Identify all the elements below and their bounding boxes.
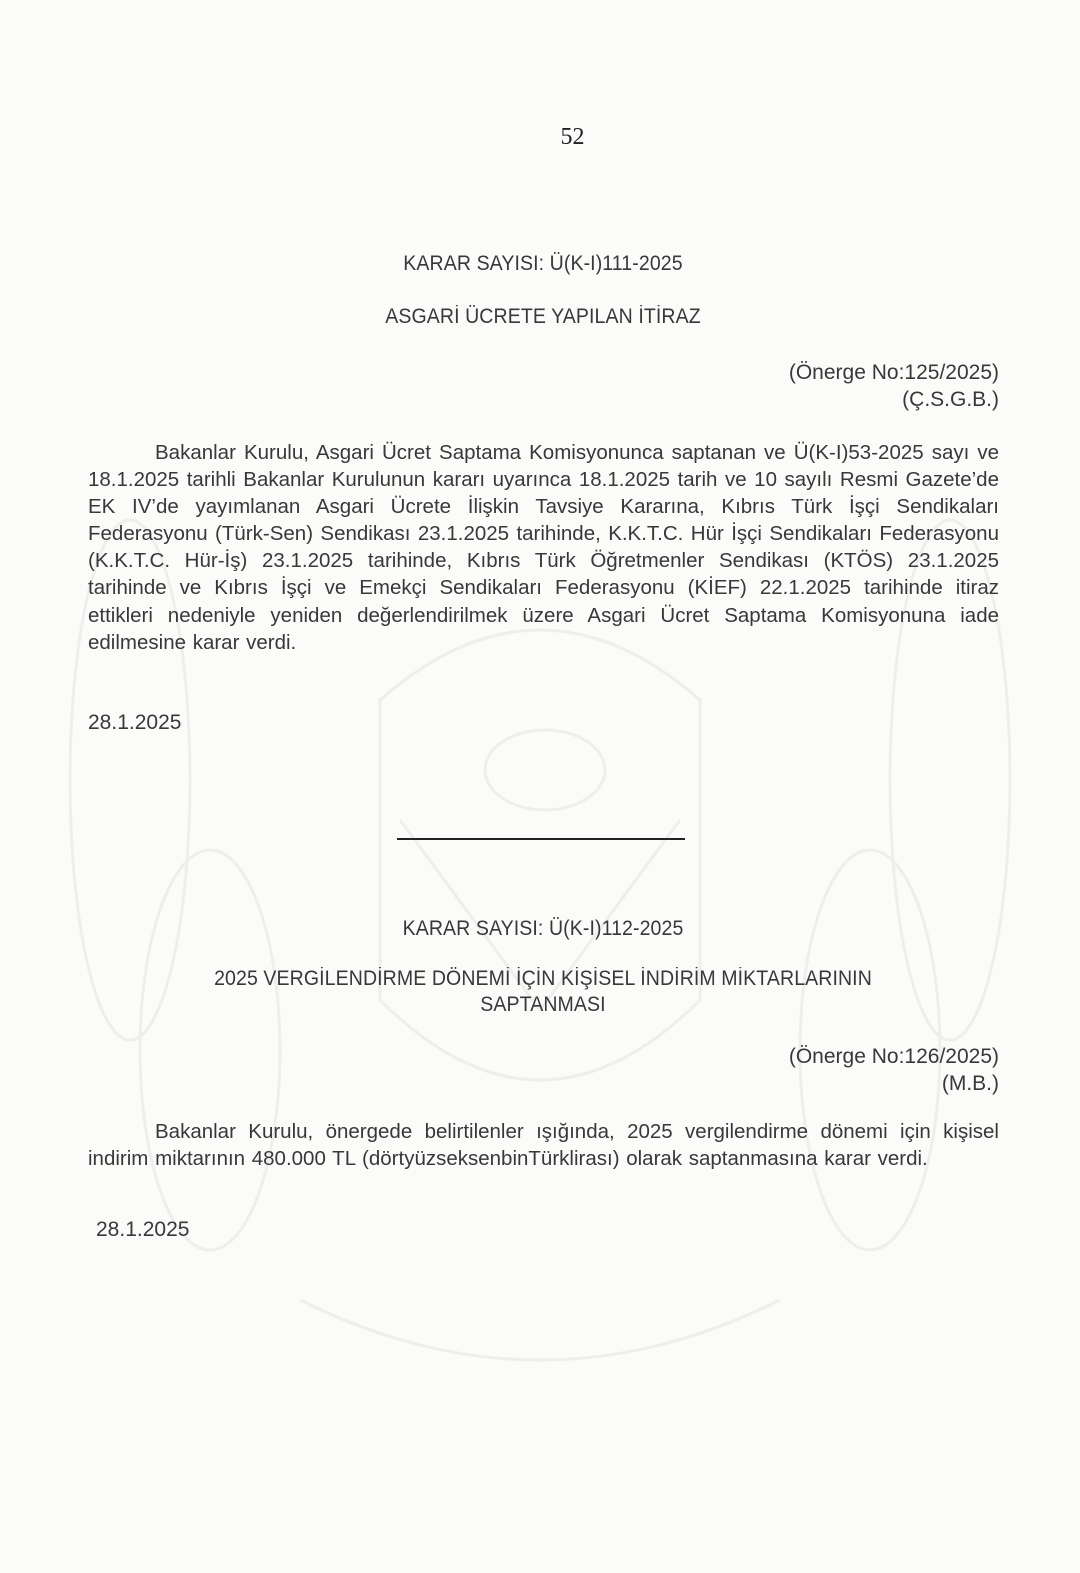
- proposal-number: (Önerge No:125/2025): [789, 359, 999, 386]
- decision-date: 28.1.2025: [96, 1218, 189, 1242]
- proposal-number: (Önerge No:126/2025): [789, 1043, 999, 1070]
- decision-title-line-2: SAPTANMASI: [38, 993, 1048, 1017]
- proposal-reference: (Önerge No:125/2025) (Ç.S.G.B.): [789, 359, 999, 413]
- decision-title: ASGARİ ÜCRETE YAPILAN İTİRAZ: [38, 305, 1048, 329]
- decision-number: KARAR SAYISI: Ü(K-I)111-2025: [38, 252, 1048, 276]
- page-number: 52: [0, 124, 1080, 151]
- ministry-code: (Ç.S.G.B.): [789, 386, 999, 413]
- watermark-emblem: [0, 0, 1080, 1573]
- section-divider: [397, 838, 685, 840]
- decision-body: Bakanlar Kurulu, Asgari Ücret Saptama Ko…: [88, 439, 999, 656]
- decision-date: 28.1.2025: [88, 711, 181, 735]
- decision-body: Bakanlar Kurulu, önergede belirtilenler …: [88, 1118, 999, 1172]
- ministry-code: (M.B.): [789, 1070, 999, 1097]
- decision-title-line-1: 2025 VERGİLENDİRME DÖNEMİ İÇİN KİŞİSEL İ…: [38, 967, 1048, 991]
- decision-number: KARAR SAYISI: Ü(K-I)112-2025: [38, 917, 1048, 941]
- proposal-reference: (Önerge No:126/2025) (M.B.): [789, 1043, 999, 1097]
